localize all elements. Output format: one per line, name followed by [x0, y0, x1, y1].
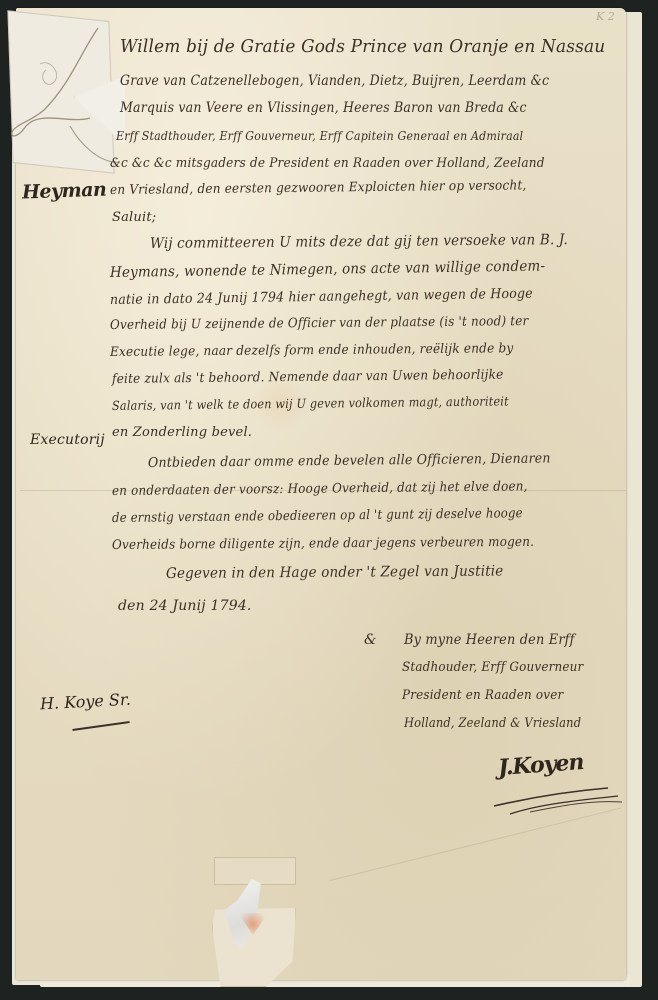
- folded-paper-seal: [212, 857, 296, 985]
- archive-reference-mark: K 2: [596, 10, 615, 23]
- manuscript-scan: K 2 Heyman Executorij H. Koye Sr. Willem…: [0, 0, 658, 1000]
- signature-flourish-icon: [490, 770, 630, 820]
- attestation-line-3: President en Raaden over: [402, 688, 563, 703]
- text-line-2: Grave van Catzenellebogen, Vianden, Diet…: [120, 73, 549, 89]
- text-line-1: Willem bij de Gratie Gods Prince van Ora…: [120, 36, 605, 57]
- attestation-line-2: Stadhouder, Erff Gouverneur: [402, 660, 583, 675]
- text-line-5: &c &c &c mitsgaders de President en Raad…: [110, 156, 545, 171]
- attestation-line-4: Holland, Zeeland & Vriesland: [404, 716, 581, 731]
- text-line-21: den 24 Junij 1794.: [118, 598, 252, 614]
- text-line-7: Saluit;: [112, 210, 156, 225]
- text-line-19: Overheids borne diligente zijn, ende daa…: [112, 535, 534, 553]
- string-tie-icon: [10, 14, 130, 174]
- text-line-3: Marquis van Veere en Vlissingen, Heeres …: [120, 100, 527, 116]
- attestation-mark: &: [364, 632, 377, 648]
- text-line-4: Erff Stadthouder, Erff Gouverneur, Erff …: [116, 128, 523, 143]
- margin-note-executorij: Executorij: [30, 432, 105, 448]
- attestation-line-1: By myne Heeren den Erff: [404, 632, 575, 648]
- text-line-15: en Zonderling bevel.: [112, 425, 252, 440]
- tied-seal-envelope: [10, 14, 118, 174]
- text-line-20: Gegeven in den Hage onder 't Zegel van J…: [166, 563, 504, 582]
- margin-name-heyman: Heyman: [22, 179, 107, 204]
